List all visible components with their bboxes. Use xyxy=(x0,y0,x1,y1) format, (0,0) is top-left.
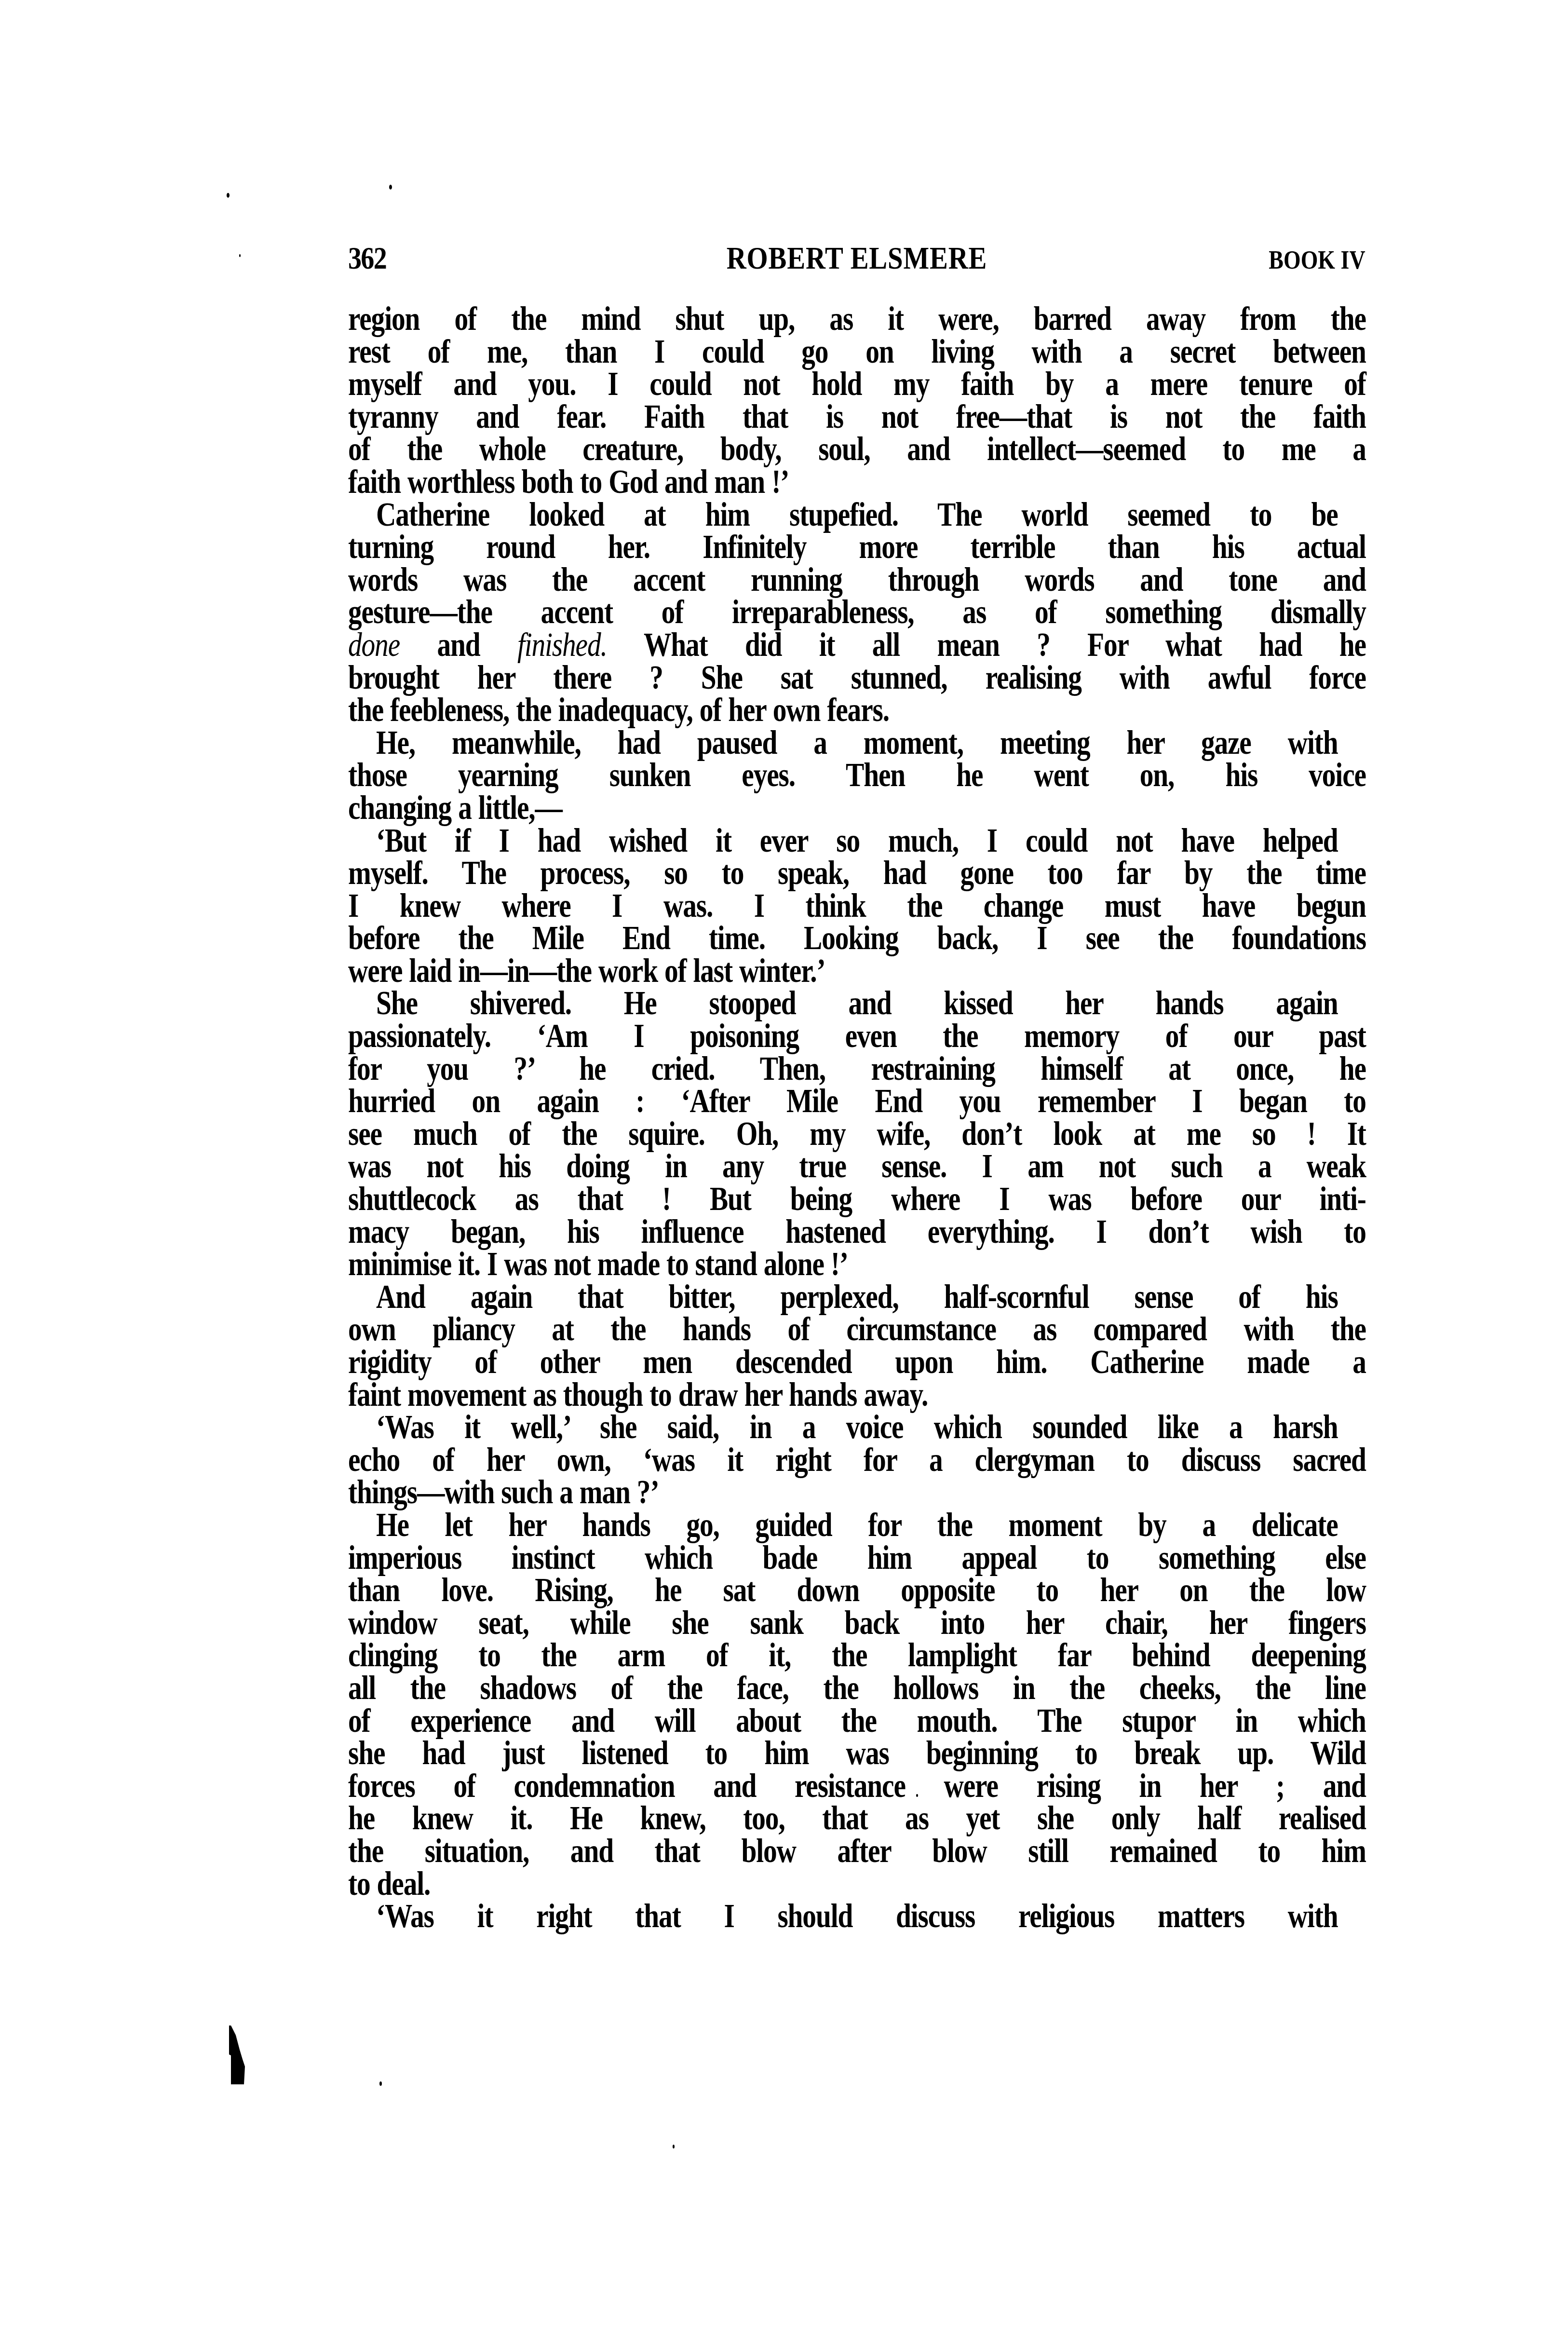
text-line-content: macy began, his influence hastened every… xyxy=(348,1216,1366,1249)
running-title: ROBERT ELSMERE xyxy=(419,240,1295,277)
text-line-content: were laid in—in—the work of last winter.… xyxy=(348,955,1366,988)
text-line-content: all the shadows of the face, the hollows… xyxy=(348,1672,1366,1705)
text-line-content: window seat, while she sank back into he… xyxy=(348,1607,1366,1640)
text-line: And again that bitter, perplexed, half-s… xyxy=(348,1281,1365,1314)
text-line-content: of experience and will about the mouth. … xyxy=(348,1705,1366,1738)
text-line-content: of the whole creature, body, soul, and i… xyxy=(348,433,1366,466)
text-line-content: the situation, and that blow after blow … xyxy=(348,1835,1366,1868)
text-line-content: ‘Was it right that I should discuss reli… xyxy=(376,1900,1338,1933)
text-line: minimise it. I was not made to stand alo… xyxy=(348,1248,1365,1281)
text-line: own pliancy at the hands of circumstance… xyxy=(348,1313,1365,1346)
text-line: He, meanwhile, had paused a moment, meet… xyxy=(348,727,1365,760)
scan-speck xyxy=(389,185,392,190)
body-text: region of the mind shut up, as it were, … xyxy=(348,303,1365,1933)
text-line: Catherine looked at him stupefied. The w… xyxy=(348,499,1365,531)
text-line-content: she had just listened to him was beginni… xyxy=(348,1737,1366,1770)
text-line-content: changing a little,— xyxy=(348,792,1366,825)
italic-word: done xyxy=(348,626,400,664)
text-line-content: imperious instinct which bade him appeal… xyxy=(348,1542,1366,1575)
text-line-content: those yearning sunken eyes. Then he went… xyxy=(348,759,1366,792)
text-line-content: own pliancy at the hands of circumstance… xyxy=(348,1313,1366,1346)
text-line-content: She shivered. He stooped and kissed her … xyxy=(376,987,1338,1020)
text-line: those yearning sunken eyes. Then he went… xyxy=(348,759,1365,792)
text-line: ‘Was it well,’ she said, in a voice whic… xyxy=(348,1411,1365,1444)
text-line: macy began, his influence hastened every… xyxy=(348,1216,1365,1249)
text-line-content: done and finished. What did it all mean … xyxy=(348,629,1366,662)
text-line-content: myself and you. I could not hold my fait… xyxy=(348,368,1366,401)
text-line: faith worthless both to God and man !’ xyxy=(348,466,1365,499)
text-line: hurried on again : ‘After Mile End you r… xyxy=(348,1085,1365,1118)
text-line: ‘Was it right that I should discuss reli… xyxy=(348,1900,1365,1933)
text-line: gesture—the accent of irreparableness, a… xyxy=(348,596,1365,629)
text-line: imperious instinct which bade him appeal… xyxy=(348,1542,1365,1575)
text-line: myself and you. I could not hold my fait… xyxy=(348,368,1365,401)
text-line-content: ‘But if I had wished it ever so much, I … xyxy=(376,825,1338,857)
scan-speck xyxy=(239,254,241,257)
text-line: region of the mind shut up, as it were, … xyxy=(348,303,1365,336)
text-line-content: He let her hands go, guided for the mome… xyxy=(376,1509,1338,1542)
text-line: things—with such a man ?’ xyxy=(348,1476,1365,1509)
text-line-content: shuttlecock as that ! But being where I … xyxy=(348,1183,1366,1216)
text-line: turning round her. Infinitely more terri… xyxy=(348,531,1365,564)
text-line: the situation, and that blow after blow … xyxy=(348,1835,1365,1868)
text-line: all the shadows of the face, the hollows… xyxy=(348,1672,1365,1705)
text-line: brought her there ? She sat stunned, rea… xyxy=(348,662,1365,694)
text-line-content: He, meanwhile, had paused a moment, meet… xyxy=(376,727,1338,760)
text-line-content: words was the accent running through wor… xyxy=(348,564,1366,597)
text-line-content: faith worthless both to God and man !’ xyxy=(348,466,1366,499)
scan-speck xyxy=(227,193,230,198)
text-line: of experience and will about the mouth. … xyxy=(348,1705,1365,1738)
text-line: see much of the squire. Oh, my wife, don… xyxy=(348,1118,1365,1151)
text-line: shuttlecock as that ! But being where I … xyxy=(348,1183,1365,1216)
text-line-content: forces of condemnation and resistance we… xyxy=(348,1770,1366,1803)
scan-speck xyxy=(673,2145,675,2148)
text-line-content: turning round her. Infinitely more terri… xyxy=(348,531,1366,564)
text-line-content: things—with such a man ?’ xyxy=(348,1476,1366,1509)
text-line: rigidity of other men descended upon him… xyxy=(348,1346,1365,1379)
text-line: done and finished. What did it all mean … xyxy=(348,629,1365,662)
text-line: words was the accent running through wor… xyxy=(348,564,1365,597)
text-line-content: gesture—the accent of irreparableness, a… xyxy=(348,596,1366,629)
text-line: were laid in—in—the work of last winter.… xyxy=(348,955,1365,988)
text-line-content: ‘Was it well,’ she said, in a voice whic… xyxy=(376,1411,1338,1444)
text-line: she had just listened to him was beginni… xyxy=(348,1737,1365,1770)
text-line: before the Mile End time. Looking back, … xyxy=(348,922,1365,955)
text-line-content: to deal. xyxy=(348,1868,1366,1901)
scan-speck xyxy=(379,2081,382,2086)
text-line-content: hurried on again : ‘After Mile End you r… xyxy=(348,1085,1366,1118)
book-label: BOOK IV xyxy=(1269,245,1365,275)
margin-pointer-mark-icon xyxy=(229,2026,248,2084)
text-line-content: brought her there ? She sat stunned, rea… xyxy=(348,662,1366,694)
text-line: of the whole creature, body, soul, and i… xyxy=(348,433,1365,466)
text-line-content: passionately. ‘Am I poisoning even the m… xyxy=(348,1020,1366,1053)
text-line: rest of me, than I could go on living wi… xyxy=(348,336,1365,368)
scan-speck xyxy=(916,1794,918,1797)
text-line: forces of condemnation and resistance we… xyxy=(348,1770,1365,1803)
text-line-content: see much of the squire. Oh, my wife, don… xyxy=(348,1118,1366,1151)
text-line-content: Catherine looked at him stupefied. The w… xyxy=(376,499,1338,531)
text-line-content: rest of me, than I could go on living wi… xyxy=(348,336,1366,368)
text-line-content: region of the mind shut up, as it were, … xyxy=(348,303,1366,336)
text-line: He let her hands go, guided for the mome… xyxy=(348,1509,1365,1542)
text-line-content: was not his doing in any true sense. I a… xyxy=(348,1150,1366,1183)
text-line: the feebleness, the inadequacy, of her o… xyxy=(348,694,1365,727)
text-line: ‘But if I had wished it ever so much, I … xyxy=(348,825,1365,857)
book-page: 362 ROBERT ELSMERE BOOK IV region of the… xyxy=(0,0,1568,2352)
text-line-content: before the Mile End time. Looking back, … xyxy=(348,922,1366,955)
text-line: myself. The process, so to speak, had go… xyxy=(348,857,1365,890)
text-line: changing a little,— xyxy=(348,792,1365,825)
text-line-content: And again that bitter, perplexed, half-s… xyxy=(376,1281,1338,1314)
text-line: tyranny and fear. Faith that is not free… xyxy=(348,401,1365,434)
text-line: than love. Rising, he sat down opposite … xyxy=(348,1574,1365,1607)
text-line-content: the feebleness, the inadequacy, of her o… xyxy=(348,694,1366,727)
text-line-content: he knew it. He knew, too, that as yet sh… xyxy=(348,1802,1366,1835)
text-line-content: myself. The process, so to speak, had go… xyxy=(348,857,1366,890)
text-line: he knew it. He knew, too, that as yet sh… xyxy=(348,1802,1365,1835)
text-line-content: faint movement as though to draw her han… xyxy=(348,1379,1366,1412)
text-line-content: tyranny and fear. Faith that is not free… xyxy=(348,401,1366,434)
text-line-content: minimise it. I was not made to stand alo… xyxy=(348,1248,1366,1281)
text-line: passionately. ‘Am I poisoning even the m… xyxy=(348,1020,1365,1053)
text-line: window seat, while she sank back into he… xyxy=(348,1607,1365,1640)
text-line: faint movement as though to draw her han… xyxy=(348,1379,1365,1412)
text-line: was not his doing in any true sense. I a… xyxy=(348,1150,1365,1183)
text-line: to deal. xyxy=(348,1868,1365,1901)
text-line-content: echo of her own, ‘was it right for a cle… xyxy=(348,1444,1366,1477)
running-header: 362 ROBERT ELSMERE BOOK IV xyxy=(348,240,1365,279)
text-line: for you ?’ he cried. Then, restraining h… xyxy=(348,1053,1365,1086)
page-number: 362 xyxy=(348,240,386,277)
text-line: I knew where I was. I think the change m… xyxy=(348,890,1365,923)
text-line: clinging to the arm of it, the lamplight… xyxy=(348,1639,1365,1672)
text-line: echo of her own, ‘was it right for a cle… xyxy=(348,1444,1365,1477)
text-line-content: I knew where I was. I think the change m… xyxy=(348,890,1366,923)
text-line-content: for you ?’ he cried. Then, restraining h… xyxy=(348,1053,1366,1086)
text-line: She shivered. He stooped and kissed her … xyxy=(348,987,1365,1020)
italic-word: finished. xyxy=(517,626,607,664)
text-line-content: clinging to the arm of it, the lamplight… xyxy=(348,1639,1366,1672)
text-line-content: rigidity of other men descended upon him… xyxy=(348,1346,1366,1379)
text-line-content: than love. Rising, he sat down opposite … xyxy=(348,1574,1366,1607)
